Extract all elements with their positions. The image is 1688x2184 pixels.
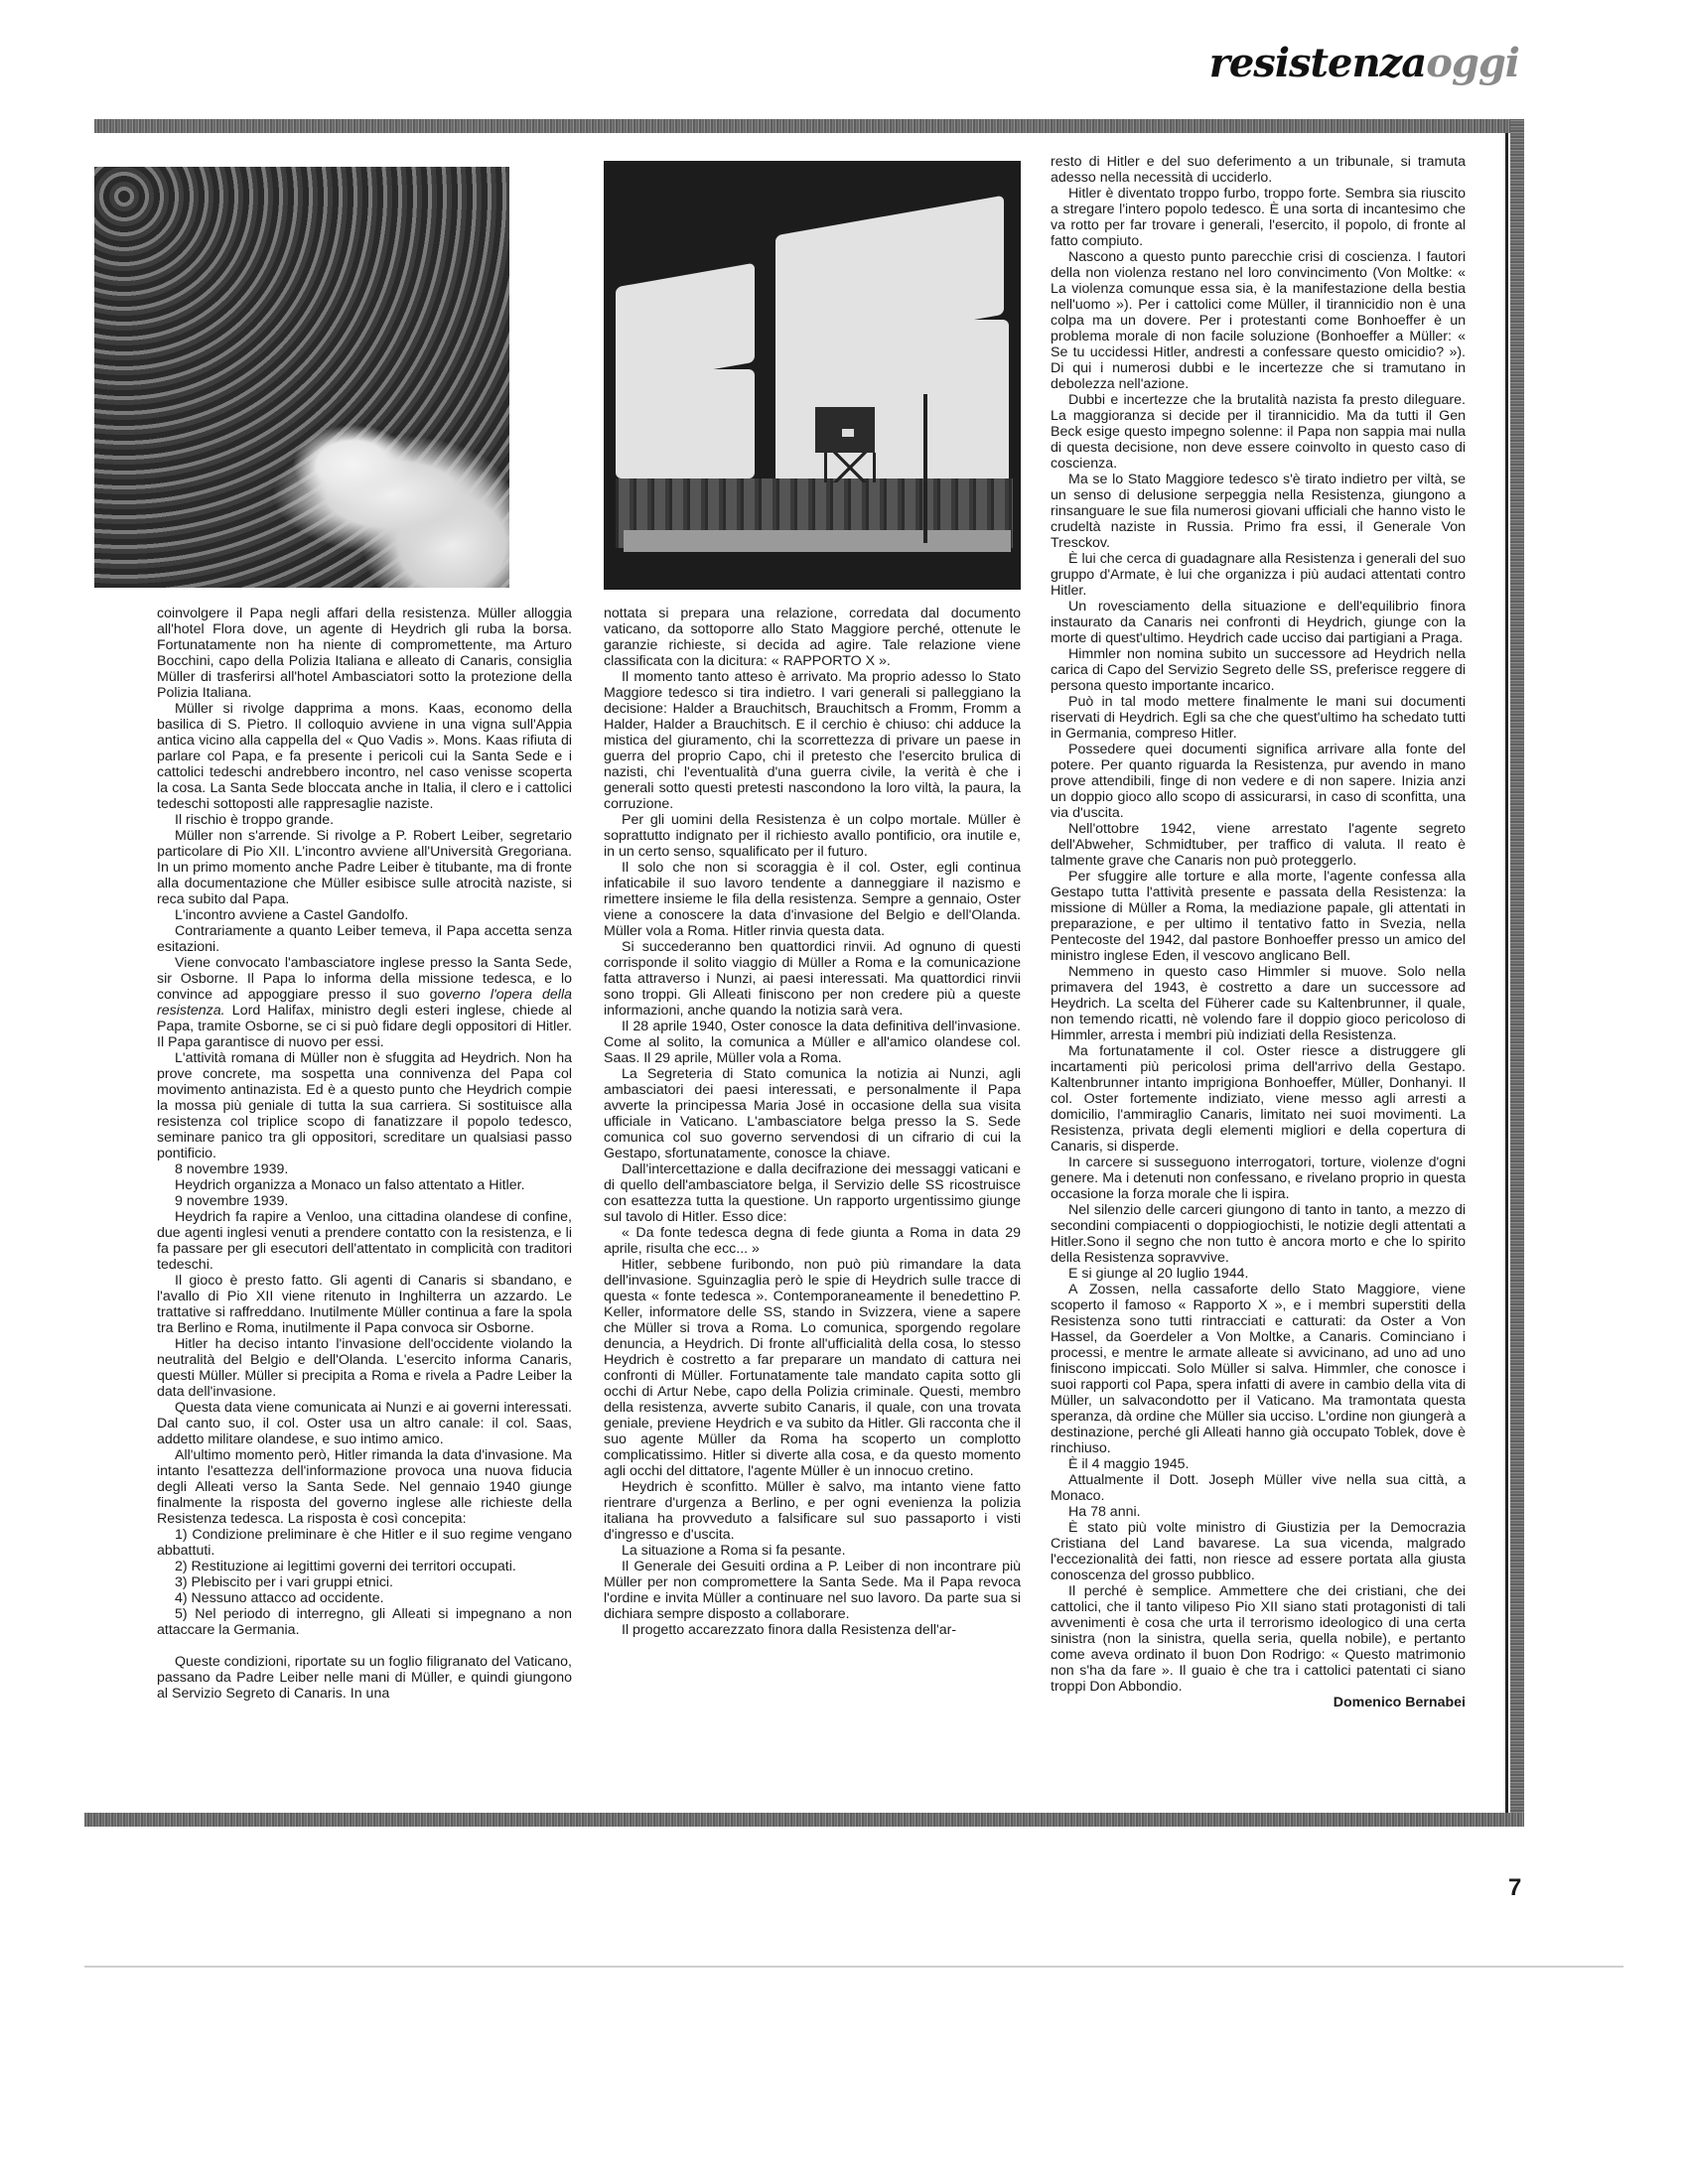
article-paragraph: Dall'intercettazione e dalla decifrazion… <box>604 1161 1021 1225</box>
article-paragraph: Per sfuggire alle torture e alla morte, … <box>1051 869 1466 964</box>
article-paragraph: Si succederanno ben quattordici rinvii. … <box>604 939 1021 1019</box>
page-number: 7 <box>1508 1874 1521 1902</box>
article-paragraph: nottata si prepara una relazione, corred… <box>604 606 1021 669</box>
article-paragraph: Contrariamente a quanto Leiber temeva, i… <box>157 923 572 955</box>
article-paragraph: Dubbi e incertezze che la brutalità nazi… <box>1051 392 1466 472</box>
article-paragraph: Nell'ottobre 1942, viene arrestato l'age… <box>1051 821 1466 869</box>
article-paragraph: Il rischio è troppo grande. <box>157 812 572 828</box>
article-paragraph: Ma se lo Stato Maggiore tedesco s'è tira… <box>1051 472 1466 551</box>
article-paragraph: Hitler ha deciso intanto l'invasione del… <box>157 1336 572 1400</box>
article-paragraph: Un rovesciamento della situazione e dell… <box>1051 599 1466 646</box>
article-paragraph: resto di Hitler e del suo deferimento a … <box>1051 154 1466 186</box>
article-paragraph: Il momento tanto atteso è arrivato. Ma p… <box>604 669 1021 812</box>
article-paragraph: « Da fonte tedesca degna di fede giunta … <box>604 1225 1021 1257</box>
article-paragraph: Il Generale dei Gesuiti ordina a P. Leib… <box>604 1559 1021 1622</box>
article-paragraph: Il solo che non si scoraggia è il col. O… <box>604 860 1021 939</box>
article-paragraph: Himmler non nomina subito un successore … <box>1051 646 1466 694</box>
author-signature: Domenico Bernabei <box>1051 1695 1466 1710</box>
article-paragraph: A Zossen, nella cassaforte dello Stato M… <box>1051 1282 1466 1456</box>
article-paragraph: La situazione a Roma si fa pesante. <box>604 1543 1021 1559</box>
article-paragraph: 8 novembre 1939. <box>157 1161 572 1177</box>
window-pane <box>775 320 1009 483</box>
crowd-photo <box>94 167 509 588</box>
masthead-resistenza: resistenza <box>1209 40 1426 86</box>
article-paragraph: È il 4 maggio 1945. <box>1051 1456 1466 1472</box>
ground <box>624 530 1011 552</box>
article-paragraph: 9 novembre 1939. <box>157 1193 572 1209</box>
magazine-masthead: resistenzaoggi <box>1209 44 1519 83</box>
article-paragraph: Queste condizioni, riportate su un fogli… <box>157 1654 572 1702</box>
article-column-left: coinvolgere il Papa negli affari della r… <box>157 606 572 1702</box>
article-paragraph: Ma fortunatamente il col. Oster riesce a… <box>1051 1043 1466 1155</box>
article-paragraph: Nel silenzio delle carceri giungono di t… <box>1051 1202 1466 1266</box>
article-paragraph: Possedere quei documenti significa arriv… <box>1051 742 1466 821</box>
article-paragraph: Müller non s'arrende. Si rivolge a P. Ro… <box>157 828 572 907</box>
article-paragraph: Il progetto accarezzato finora dalla Res… <box>604 1622 1021 1638</box>
article-paragraph: Ha 78 anni. <box>1051 1504 1466 1520</box>
watchtower-legs <box>824 453 876 482</box>
article-paragraph: Heydrich organizza a Monaco un falso att… <box>157 1177 572 1193</box>
article-paragraph: coinvolgere il Papa negli affari della r… <box>157 606 572 701</box>
watchtower-window <box>842 429 854 437</box>
article-paragraph: 1) Condizione preliminare è che Hitler e… <box>157 1527 572 1559</box>
article-paragraph: Nascono a questo punto parecchie crisi d… <box>1051 249 1466 392</box>
article-paragraph: Il gioco è presto fatto. Gli agenti di C… <box>157 1273 572 1336</box>
article-paragraph: Il 28 aprile 1940, Oster conosce la data… <box>604 1019 1021 1066</box>
window-pane <box>616 263 755 387</box>
article-paragraph: Müller si rivolge dapprima a mons. Kaas,… <box>157 701 572 812</box>
window-pane <box>616 369 755 478</box>
article-paragraph: In carcere si susseguono interrogatori, … <box>1051 1155 1466 1202</box>
article-column-right: resto di Hitler e del suo deferimento a … <box>1051 154 1466 1710</box>
article-paragraph: Può in tal modo mettere finalmente le ma… <box>1051 694 1466 742</box>
frame-border-bottom <box>84 1813 1524 1827</box>
article-paragraph: 4) Nessuno attacco ad occidente. <box>157 1590 572 1606</box>
article-paragraph: Hitler è diventato troppo furbo, troppo … <box>1051 186 1466 249</box>
article-paragraph: È lui che cerca di guadagnare alla Resis… <box>1051 551 1466 599</box>
article-paragraph: 3) Plebiscito per i vari gruppi etnici. <box>157 1574 572 1590</box>
article-paragraph: Heydrich è sconfitto. Müller è salvo, ma… <box>604 1479 1021 1543</box>
article-paragraph: Hitler, sebbene furibondo, non può più r… <box>604 1257 1021 1479</box>
masthead-oggi: oggi <box>1426 40 1519 86</box>
article-paragraph: Viene convocato l'ambasciatore inglese p… <box>157 955 572 1050</box>
article-paragraph: L'incontro avviene a Castel Gandolfo. <box>157 907 572 923</box>
frame-border-top <box>94 119 1524 133</box>
frame-inner-rule <box>1505 133 1508 1813</box>
page-bottom-rule <box>84 1966 1623 1968</box>
watchtower-photo <box>604 161 1021 590</box>
article-paragraph: L'attività romana di Müller non è sfuggi… <box>157 1050 572 1161</box>
article-paragraph: Attualmente il Dott. Joseph Müller vive … <box>1051 1472 1466 1504</box>
article-paragraph: La Segreteria di Stato comunica la notiz… <box>604 1066 1021 1161</box>
article-column-middle: nottata si prepara una relazione, corred… <box>604 606 1021 1638</box>
article-paragraph: Per gli uomini della Resistenza è un col… <box>604 812 1021 860</box>
frame-border-right <box>1510 119 1524 1827</box>
article-paragraph: 5) Nel periodo di interregno, gli Alleat… <box>157 1606 572 1638</box>
article-paragraph: Il perché è semplice. Ammettere che dei … <box>1051 1583 1466 1695</box>
article-paragraph: E si giunge al 20 luglio 1944. <box>1051 1266 1466 1282</box>
article-paragraph: È stato più volte ministro di Giustizia … <box>1051 1520 1466 1583</box>
article-paragraph: 2) Restituzione ai legittimi governi dei… <box>157 1559 572 1574</box>
article-paragraph: All'ultimo momento però, Hitler rimanda … <box>157 1447 572 1527</box>
article-paragraph: Nemmeno in questo caso Himmler si muove.… <box>1051 964 1466 1043</box>
pole <box>923 394 927 543</box>
article-paragraph: Questa data viene comunicata ai Nunzi e … <box>157 1400 572 1447</box>
article-paragraph: Heydrich fa rapire a Venloo, una cittadi… <box>157 1209 572 1273</box>
